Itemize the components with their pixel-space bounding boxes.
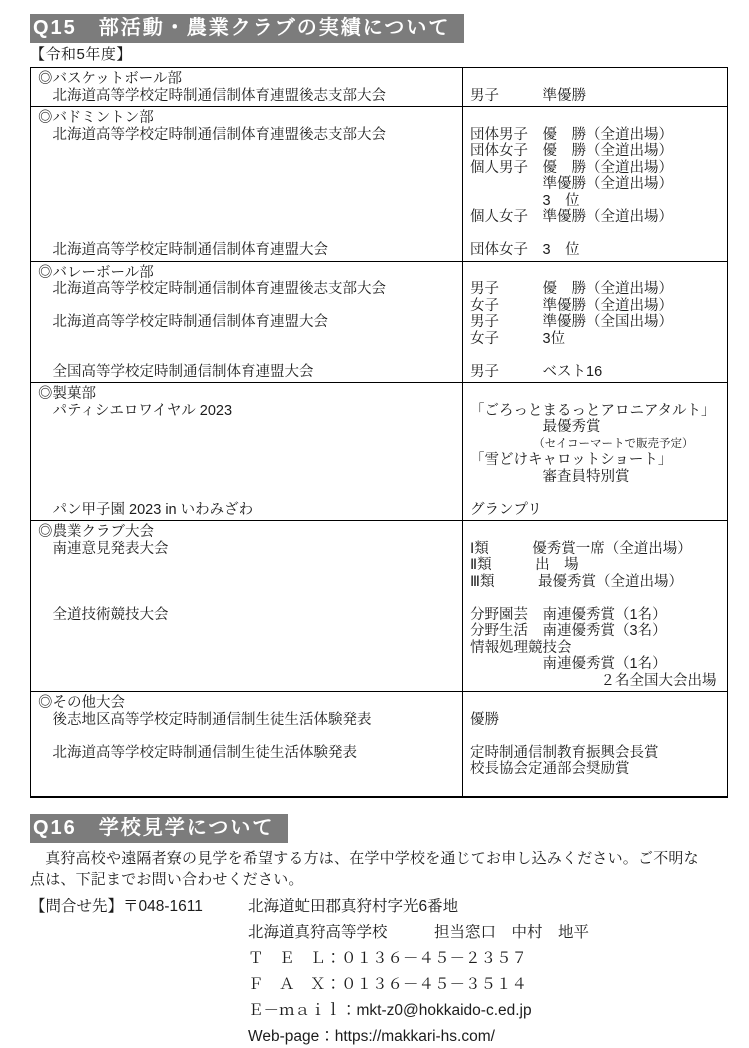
table-row-basketball: ◎バスケットボール部 北海道高等学校定時制通信制体育連盟後志支部大会 男子 準優… bbox=[31, 68, 728, 107]
text-line bbox=[38, 226, 458, 243]
text-line: 男子 優 勝（全道出場） bbox=[470, 281, 723, 298]
event-cell: ◎その他大会 後志地区高等学校定時制通信制生徒生活体験発表 北海道高等学校定時制… bbox=[31, 692, 463, 798]
text-line: 分野生活 南連優秀賞（3名） bbox=[470, 623, 723, 640]
event-cell: ◎バレーボール部 北海道高等学校定時制通信制体育連盟後志支部大会 北海道高等学校… bbox=[31, 261, 463, 383]
text-line bbox=[38, 640, 458, 657]
text-line bbox=[38, 193, 458, 210]
text-line: 準優勝（全道出場） bbox=[470, 176, 723, 193]
text-line: Web-page：https://makkari-hs.com/ bbox=[248, 1024, 589, 1048]
text-line: 北海道高等学校定時制通信制体育連盟大会 bbox=[38, 314, 458, 331]
event-cell: ◎バスケットボール部 北海道高等学校定時制通信制体育連盟後志支部大会 bbox=[31, 68, 463, 107]
contact-label: 【問合せ先】〒048-1611 bbox=[30, 894, 248, 1048]
text-line bbox=[38, 761, 458, 778]
q16-heading: Q16 学校見学について bbox=[30, 814, 288, 843]
text-line: 個人男子 優 勝（全道出場） bbox=[470, 160, 723, 177]
text-line: 北海道虻田郡真狩村字光6番地 bbox=[248, 894, 589, 920]
text-line bbox=[470, 265, 723, 282]
text-line: 北海道高等学校定時制通信制体育連盟後志支部大会 bbox=[38, 281, 458, 298]
text-line bbox=[470, 728, 723, 745]
text-line: 校長協会定通部会奨励賞 bbox=[470, 761, 723, 778]
text-line bbox=[38, 574, 458, 591]
text-line: ◎製菓部 bbox=[38, 386, 458, 403]
text-line: パン甲子園 2023 in いわみざわ bbox=[38, 502, 458, 519]
text-line: 全道技術競技大会 bbox=[38, 607, 458, 624]
text-line: Ｔ Ｅ Ｌ：０１３６－４５－２３５７ bbox=[248, 946, 589, 972]
table-row-agriculture-club: ◎農業クラブ大会 南連意見発表大会 全道技術競技大会 Ⅰ類 優秀賞一席（全道出場… bbox=[31, 521, 728, 692]
text-line: 北海道高等学校定時制通信制体育連盟後志支部大会 bbox=[38, 88, 458, 105]
text-line bbox=[38, 347, 458, 364]
text-line: ◎農業クラブ大会 bbox=[38, 524, 458, 541]
text-line bbox=[470, 695, 723, 712]
text-line bbox=[38, 436, 458, 453]
text-line bbox=[470, 386, 723, 403]
q16-section: Q16 学校見学について 真狩高校や遠隔者寮の見学を希望する方は、在学中学校を通… bbox=[30, 814, 729, 890]
text-line: ◎その他大会 bbox=[38, 695, 458, 712]
text-line: 南連意見発表大会 bbox=[38, 541, 458, 558]
text-line: 個人女子 準優勝（全道出場） bbox=[470, 209, 723, 226]
text-line bbox=[38, 673, 458, 690]
text-line: 男子 準優勝（全国出場） bbox=[470, 314, 723, 331]
text-line bbox=[38, 298, 458, 315]
q16-body-paragraph: 真狩高校や遠隔者寮の見学を希望する方は、在学中学校を通じてお申し込みください。ご… bbox=[30, 848, 732, 890]
text-line bbox=[38, 485, 458, 502]
text-line: 団体女子 3 位 bbox=[470, 242, 723, 259]
text-line: 「雪どけキャロットショート」 bbox=[470, 452, 723, 469]
text-line: 団体女子 優 勝（全道出場） bbox=[470, 143, 723, 160]
text-line: 北海道高等学校定時制通信制体育連盟大会 bbox=[38, 242, 458, 259]
event-cell: ◎農業クラブ大会 南連意見発表大会 全道技術競技大会 bbox=[31, 521, 463, 692]
text-line: 情報処理競技会 bbox=[470, 640, 723, 657]
text-line: 北海道高等学校定時制通信制体育連盟後志支部大会 bbox=[38, 127, 458, 144]
table-row-volleyball: ◎バレーボール部 北海道高等学校定時制通信制体育連盟後志支部大会 北海道高等学校… bbox=[31, 261, 728, 383]
text-line: 男子 準優勝 bbox=[470, 88, 723, 105]
text-line: 団体男子 優 勝（全道出場） bbox=[470, 127, 723, 144]
text-line bbox=[38, 778, 458, 795]
text-line bbox=[470, 778, 723, 795]
text-line bbox=[470, 110, 723, 127]
results-table: ◎バスケットボール部 北海道高等学校定時制通信制体育連盟後志支部大会 男子 準優… bbox=[30, 67, 728, 798]
text-line: 「ごろっとまるっとアロニアタルト」 bbox=[470, 403, 723, 420]
text-line: 3 位 bbox=[470, 193, 723, 210]
result-cell: 男子 優 勝（全道出場）女子 準優勝（全道出場）男子 準優勝（全国出場）女子 3… bbox=[463, 261, 728, 383]
text-line bbox=[38, 176, 458, 193]
text-line: 最優秀賞 bbox=[470, 419, 723, 436]
text-line: Ｆ Ａ Ｘ：０１３６－４５－３５１４ bbox=[248, 972, 589, 998]
text-line: 女子 3位 bbox=[470, 331, 723, 348]
text-line: 分野園芸 南連優秀賞（1名） bbox=[470, 607, 723, 624]
fiscal-year-label: 【令和5年度】 bbox=[30, 46, 729, 64]
text-line bbox=[470, 226, 723, 243]
text-line bbox=[38, 469, 458, 486]
text-line: ◎バレーボール部 bbox=[38, 265, 458, 282]
text-line: グランプリ bbox=[470, 502, 723, 519]
text-line: ２名全国大会出場 bbox=[470, 673, 723, 690]
text-line bbox=[38, 590, 458, 607]
text-line: 男子 ベスト16 bbox=[470, 364, 723, 381]
text-line: Ⅱ類 出 場 bbox=[470, 557, 723, 574]
text-line: 審査員特別賞 bbox=[470, 469, 723, 486]
table-row-confectionery: ◎製菓部 パティシエロワイヤル 2023 パン甲子園 2023 in いわみざわ… bbox=[31, 383, 728, 521]
contact-lines: 北海道虻田郡真狩村字光6番地北海道真狩高等学校 担当窓口 中村 地平Ｔ Ｅ Ｌ：… bbox=[248, 894, 589, 1048]
text-line: 南連優秀賞（1名） bbox=[470, 656, 723, 673]
text-line bbox=[38, 728, 458, 745]
text-line: Ⅰ類 優秀賞一席（全道出場） bbox=[470, 541, 723, 558]
text-line: Ⅲ類 最優秀賞（全道出場） bbox=[470, 574, 723, 591]
text-line: 定時制通信制教育振興会長賞 bbox=[470, 745, 723, 762]
text-line: （セイコーマートで販売予定） bbox=[470, 436, 723, 453]
event-cell: ◎製菓部 パティシエロワイヤル 2023 パン甲子園 2023 in いわみざわ bbox=[31, 383, 463, 521]
text-line bbox=[470, 485, 723, 502]
event-cell: ◎バドミントン部 北海道高等学校定時制通信制体育連盟後志支部大会 北海道高等学校… bbox=[31, 107, 463, 262]
text-line: 全国高等学校定時制通信制体育連盟大会 bbox=[38, 364, 458, 381]
text-line: 北海道真狩高等学校 担当窓口 中村 地平 bbox=[248, 920, 589, 946]
text-line bbox=[38, 143, 458, 160]
text-line: 優勝 bbox=[470, 712, 723, 729]
text-line: 後志地区高等学校定時制通信制生徒生活体験発表 bbox=[38, 712, 458, 729]
text-line bbox=[470, 590, 723, 607]
table-row-other-competitions: ◎その他大会 後志地区高等学校定時制通信制生徒生活体験発表 北海道高等学校定時制… bbox=[31, 692, 728, 798]
contact-block: 【問合せ先】〒048-1611 北海道虻田郡真狩村字光6番地北海道真狩高等学校 … bbox=[30, 894, 729, 1048]
text-line bbox=[470, 347, 723, 364]
text-line bbox=[38, 331, 458, 348]
text-line: Ｅ－ｍａｉｌ：mkt-z0@hokkaido-c.ed.jp bbox=[248, 998, 589, 1024]
text-line: ◎バドミントン部 bbox=[38, 110, 458, 127]
text-line: パティシエロワイヤル 2023 bbox=[38, 403, 458, 420]
text-line bbox=[38, 419, 458, 436]
result-cell: 男子 準優勝 bbox=[463, 68, 728, 107]
result-cell: 「ごろっとまるっとアロニアタルト」 最優秀賞 （セイコーマートで販売予定）「雪ど… bbox=[463, 383, 728, 521]
q15-heading: Q15 部活動・農業クラブの実績について bbox=[30, 14, 464, 43]
text-line bbox=[38, 656, 458, 673]
result-cell: 優勝定時制通信制教育振興会長賞校長協会定通部会奨励賞 bbox=[463, 692, 728, 798]
result-cell: 団体男子 優 勝（全道出場）団体女子 優 勝（全道出場）個人男子 優 勝（全道出… bbox=[463, 107, 728, 262]
text-line bbox=[38, 557, 458, 574]
result-cell: Ⅰ類 優秀賞一席（全道出場）Ⅱ類 出 場Ⅲ類 最優秀賞（全道出場）分野園芸 南連… bbox=[463, 521, 728, 692]
text-line bbox=[470, 71, 723, 88]
document-page: Q15 部活動・農業クラブの実績について 【令和5年度】 ◎バスケットボール部 … bbox=[0, 0, 749, 1048]
text-line bbox=[38, 452, 458, 469]
text-line bbox=[38, 160, 458, 177]
text-line: 北海道高等学校定時制通信制生徒生活体験発表 bbox=[38, 745, 458, 762]
text-line bbox=[38, 209, 458, 226]
text-line bbox=[38, 623, 458, 640]
text-line: 女子 準優勝（全道出場） bbox=[470, 298, 723, 315]
text-line: ◎バスケットボール部 bbox=[38, 71, 458, 88]
text-line bbox=[470, 524, 723, 541]
table-row-badminton: ◎バドミントン部 北海道高等学校定時制通信制体育連盟後志支部大会 北海道高等学校… bbox=[31, 107, 728, 262]
